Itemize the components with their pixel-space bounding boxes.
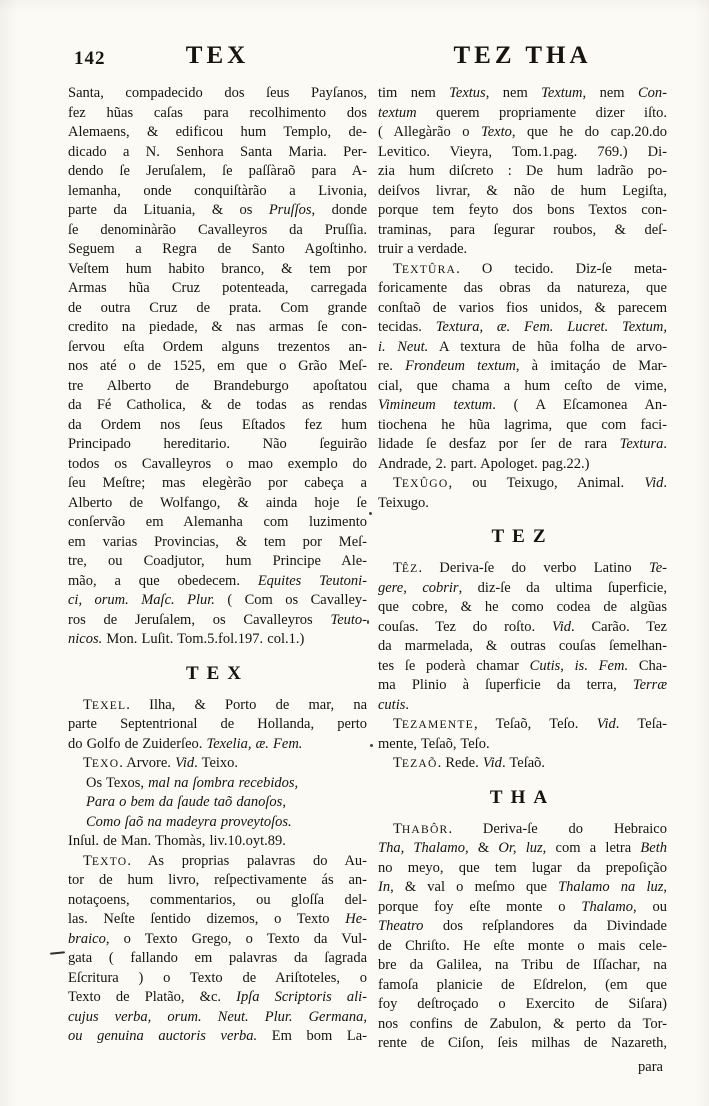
body-text: Inſul. de Man. Thomàs, liv.10.oyt.89. [68, 833, 286, 849]
italic-text: Ipſa Scriptoris ali- [236, 989, 367, 1005]
italic-text: Textura [620, 436, 664, 452]
body-text: em varias Provincias, & tem por Meſ- [68, 534, 367, 550]
text-line: tes ſe poderà chamar Cutis, is. Fem. Cha… [378, 657, 667, 677]
body-text: , que he do cap.20.do [512, 124, 667, 140]
body-text: T [393, 716, 402, 732]
body-text: Cha- [628, 658, 667, 674]
text-line: ma Plinio à ſuperficie da terra, Terræ [378, 676, 667, 696]
ink-speck [369, 512, 372, 515]
section-heading: THA [378, 786, 667, 809]
italic-text: Como ſaõ na madeyra proveytoſos. [86, 814, 292, 830]
italic-text: ci, orum. Maſc. Plur. [68, 592, 215, 608]
italic-text: Beth [640, 840, 667, 856]
body-text: Em bom La- [257, 1028, 367, 1044]
running-head-right: TEZ THA [378, 42, 667, 70]
body-text: couſas. Tez do roſto. [378, 619, 552, 635]
body-text: las. Neſte ſentido dizemos, o Texto [68, 911, 345, 927]
text-line: Inſul. de Man. Thomàs, liv.10.oyt.89. [68, 832, 367, 852]
body-text: , [403, 580, 422, 596]
italic-text: Vid [644, 475, 663, 491]
text-line: parte da Lituania, & os Pruſſos, donde [68, 201, 367, 221]
text-line: foy deſtroçado o Exercito de Siſara) [378, 995, 667, 1015]
body-text: T [393, 475, 402, 491]
body-text: T [83, 755, 92, 771]
body-text: tes ſe poderà chamar [378, 658, 530, 674]
paragraph: TEXO. Arvore. Vid. Teixo. [68, 754, 367, 774]
italic-text: cujus verba, orum. Neut. Plur. Germana, [68, 1009, 367, 1025]
paragraph: THABÔR. Deriva-ſe do HebraicoTha, Thalam… [378, 820, 667, 1054]
body-text: do Golfo de Zuiderſeo. [68, 736, 207, 752]
body-text: Andrade, 2. part. Apologet. pag.22.) [378, 456, 589, 472]
body-text: de outra Cruz de prata. Com grande [68, 300, 367, 316]
body-text: T [83, 853, 92, 869]
body-text: Armas hũa Cruz potenteada, carregada [68, 280, 367, 296]
body-text: tim nem [378, 85, 449, 101]
body-text: ma Plinio à ſuperficie da terra, [378, 677, 633, 693]
body-text: . Teixo. [194, 755, 238, 771]
body-text: T [393, 261, 402, 277]
body-text: A textura de hũa folha de arvo- [428, 339, 667, 355]
headword-smallcaps: ÊZ [402, 562, 419, 575]
italic-text: Equites Teutoni- [258, 573, 367, 589]
italic-text: Vid [597, 716, 616, 732]
body-text: notaçoens, commentarios, ou gloſſa del- [68, 892, 367, 908]
text-line: mente, Teſaõ, Teſo. [378, 735, 667, 755]
body-text: TEZ [491, 526, 553, 547]
text-line: porque tem feyto dos bons Textos con- [378, 201, 667, 221]
text-line: textum querem propriamente dizer iſto. [378, 104, 667, 124]
body-text: lemanha, onde conquiſtàrão a Livonia, [68, 183, 367, 199]
right-column: tim nem Textus, nem Textum, nem Con-text… [378, 84, 667, 1077]
text-line: fez hũas caſas para recolhimento dos [68, 104, 367, 124]
italic-text: Pruſſos [269, 202, 312, 218]
text-line: TEXTÛRA. O tecido. Diz-ſe meta- [378, 260, 667, 280]
body-text: dos reſplandores da Divindade [423, 918, 667, 934]
text-line: cutis. [378, 696, 667, 716]
text-line: dicado a N. Senhora Santa Maria. Per- [68, 143, 367, 163]
body-text: Texto de Platão, &c. [68, 989, 236, 1005]
body-text: , [663, 879, 667, 895]
text-line: truir a verdade. [378, 240, 667, 260]
text-line: TEXÛGO, ou Teixugo, Animal. Vid. [378, 474, 667, 494]
body-text: todos os Cavalleyros o mao exemplo do [68, 456, 367, 472]
italic-text: Thalamo [581, 899, 633, 915]
body-text: famoſa planicie de Eſdrelon, (em que [378, 977, 667, 993]
text-line: parte Septentrional de Hollanda, perto [68, 715, 367, 735]
text-line: do Golfo de Zuiderſeo. Texelia, æ. Fem. [68, 735, 367, 755]
italic-text: Con- [638, 85, 667, 101]
text-line: Os Texos, mal na ſombra recebidos, [68, 774, 367, 794]
headword-smallcaps: EXTÛRA [402, 263, 456, 276]
body-text: re. [378, 358, 405, 374]
body-text: . [405, 697, 409, 713]
text-line: lidade ſe desfaz por ſer de rara Textura… [378, 435, 667, 455]
paragraph: TÊZ. Deriva-ſe do verbo Latino Te-gere, … [378, 559, 667, 715]
text-line: Santa, compadecido dos ſeus Payſanos, [68, 84, 367, 104]
body-text: Teixugo. [378, 495, 429, 511]
text-line: TEZAÕ. Rede. Vid. Teſaõ. [378, 754, 667, 774]
text-line: tor de hum livro, reſpectivamente ás an- [68, 871, 367, 891]
body-text: mente, Teſaõ, Teſo. [378, 736, 490, 752]
italic-text: gere [378, 580, 403, 596]
text-line: notaçoens, commentarios, ou gloſſa del- [68, 891, 367, 911]
heading-text: THA [378, 786, 667, 809]
text-line: re. Frondeum textum, à imitaçáo de Mar- [378, 357, 667, 377]
body-text: parte da Lituania, & os [68, 202, 269, 218]
body-text: lidade ſe desfaz por ſer de rara [378, 436, 620, 452]
body-text: , ou Teixugo, Animal. [448, 475, 644, 491]
italic-text: braico [68, 931, 106, 947]
body-text: Seguem a Regra de Santo Agoſtinho. [68, 241, 367, 257]
body-text: ſe denominàrão Cavalleyros da Pruſſia. [68, 222, 367, 238]
body-text: truir a verdade. [378, 241, 467, 257]
text-line: traminas, para ſegurar roubos, & deſ- [378, 221, 667, 241]
text-line: Alberto de Wolfango, & ainda hoje ſe [68, 494, 367, 514]
text-line: porque foy eſte monte o Thalamo, ou [378, 898, 667, 918]
body-text: , ou [633, 899, 667, 915]
text-line: mão, a que obedecem. Equites Teutoni- [68, 572, 367, 592]
body-text: Alemaens, & edificou hum Templo, de- [68, 124, 367, 140]
body-text: . Ilha, & Porto de mar, na [126, 697, 367, 713]
text-line: no meyo, que tem lugar da prepoſição [378, 859, 667, 879]
paragraph: TEXEL. Ilha, & Porto de mar, naparte Sep… [68, 696, 367, 755]
italic-text: Cutis, is. Fem. [530, 658, 628, 674]
paragraph: Inſul. de Man. Thomàs, liv.10.oyt.89. [68, 832, 367, 852]
text-line: gere, cobrir, diz-ſe da ultima ſuperfici… [378, 579, 667, 599]
body-text: tiochena he hũa lagrima, que com faci- [378, 417, 667, 433]
verse-quote: Os Texos, mal na ſombra recebidos,Para o… [68, 774, 367, 833]
italic-text: cobrir [422, 580, 458, 596]
text-line: ſeu Meſtre; mas elegèrão por cabeça a [68, 474, 367, 494]
ink-speck [370, 744, 373, 747]
text-line: cujus verba, orum. Neut. Plur. Germana, [68, 1008, 367, 1028]
body-text: . Deriva-ſe do Hebraico [448, 821, 667, 837]
body-text: no meyo, que tem lugar da prepoſição [378, 860, 667, 876]
text-line: TEXEL. Ilha, & Porto de mar, na [68, 696, 367, 716]
paragraph: tim nem Textus, nem Textum, nem Con-text… [378, 84, 667, 260]
text-line: de outra Cruz de prata. Com grande [68, 299, 367, 319]
text-line: Armas hũa Cruz potenteada, carregada [68, 279, 367, 299]
body-text: , & val o meſmo que [390, 879, 558, 895]
body-text: . Deriva-ſe do verbo Latino [418, 560, 649, 576]
body-text: , à imitaçáo de Mar- [516, 358, 667, 374]
body-text: cial, que chama a hum ceſto de vime, [378, 378, 667, 394]
body-text: com a letra [546, 840, 640, 856]
italic-text: Textus [449, 85, 486, 101]
body-text: zia hum diſcreto : De hum ladrão po- [378, 163, 667, 179]
body-text: , Teſaõ, Teſo. [474, 716, 597, 732]
text-line: que cobre, & he como codea de algũas [378, 598, 667, 618]
text-line: THABÔR. Deriva-ſe do Hebraico [378, 820, 667, 840]
text-line: nos até o de 1525, em que o Grão Meſ- [68, 357, 367, 377]
text-line: Eſcritura ) o Texto de Ariſtoteles, o [68, 969, 367, 989]
text-line: Tha, Thalamo, & Or, luz, com a letra Bet… [378, 839, 667, 859]
body-text: Principado hereditario. Não ſeguirão [68, 436, 367, 452]
text-line: tre, ou Coadjutor, hum Principe Ale- [68, 552, 367, 572]
italic-text: Texelia, æ. Fem. [207, 736, 303, 752]
text-line: gata ( fallando em palavras da ſagrada [68, 949, 367, 969]
catchword: para [378, 1058, 667, 1078]
italic-text: Textum [541, 85, 582, 101]
body-text: , nem [486, 85, 541, 101]
body-text: T [393, 560, 402, 576]
body-text: TEX [186, 663, 249, 684]
text-line: Andrade, 2. part. Apologet. pag.22.) [378, 455, 667, 475]
body-text: . [663, 475, 667, 491]
italic-text: Frondeum textum [405, 358, 516, 374]
italic-text: i. Neut. [378, 339, 428, 355]
text-line: foricamente das obras da natureza, que [378, 279, 667, 299]
text-line: ſervou eſta Ordem alguns trezentos an- [68, 338, 367, 358]
body-text: ſervou eſta Ordem alguns trezentos an- [68, 339, 367, 355]
heading-text: TEX [68, 662, 367, 685]
italic-text: Or, luz, [498, 840, 546, 856]
paragraph: TEZAMENTE, Teſaõ, Teſo. Vid. Teſa-mente,… [378, 715, 667, 754]
italic-text: Vid [175, 755, 194, 771]
left-column: Santa, compadecido dos ſeus Payſanos,fez… [68, 84, 367, 1047]
paragraph: TEXÛGO, ou Teixugo, Animal. Vid.Teixugo. [378, 474, 667, 513]
text-line: Teixugo. [378, 494, 667, 514]
text-line: credito na piedade, & nas armas ſe con- [68, 318, 367, 338]
body-text: ros de Jeruſalem, os Cavalleyros [68, 612, 330, 628]
headword-smallcaps: EXO [92, 757, 119, 770]
text-line: deiſvos livrar, & não de hum Legiſta, [378, 182, 667, 202]
body-text: T [393, 821, 402, 837]
text-line: Como ſaõ na madeyra proveytoſos. [68, 813, 367, 833]
text-line: tecidas. Textura, æ. Fem. Lucret. Textum… [378, 318, 667, 338]
body-text: . ( A Eſcamonea An- [492, 397, 667, 413]
paragraph: TEZAÕ. Rede. Vid. Teſaõ. [378, 754, 667, 774]
body-text: de Chriſto. He eſte monte o mais cele- [378, 938, 667, 954]
body-text: Levitico. Vieyra, Tom.1.pag. 769.) Di- [378, 144, 667, 160]
body-text: Alberto de Wolfango, & ainda hoje ſe [68, 495, 367, 511]
body-text: gata ( fallando em palavras da ſagrada [68, 950, 367, 966]
text-line: da Fé Catholica, & de todas as rendas [68, 396, 367, 416]
headword-smallcaps: EZAMENTE [402, 718, 474, 731]
body-text: tre Alberto de Brandeburgo apoſtatou [68, 378, 367, 394]
body-text: Santa, compadecido dos ſeus Payſanos, [68, 85, 367, 101]
text-line: dendo ſe Jeruſalem, ſe paſſàraõ para A- [68, 162, 367, 182]
body-text: querem propriamente dizer iſto. [417, 105, 667, 121]
text-line: rente de Ciſon, ſeis milhas de Nazareth, [378, 1034, 667, 1054]
heading-text: TEZ [378, 525, 667, 548]
body-text: traminas, para ſegurar roubos, & deſ- [378, 222, 667, 238]
text-line: TÊZ. Deriva-ſe do verbo Latino Te- [378, 559, 667, 579]
text-line: nicos. Mon. Luſit. Tom.5.fol.197. col.1.… [68, 630, 367, 650]
body-text: & [469, 840, 499, 856]
body-text: parte Septentrional de Hollanda, perto [68, 716, 367, 732]
italic-text: He- [345, 911, 367, 927]
body-text: tre, ou Coadjutor, hum Principe Ale- [68, 553, 367, 569]
body-text: , nem [583, 85, 638, 101]
body-text: . Carão. Tez [571, 619, 667, 635]
body-text: . As proprias palavras do Au- [127, 853, 367, 869]
text-line: ci, orum. Maſc. Plur. ( Com os Cavalley- [68, 591, 367, 611]
italic-text: Vimineum textum [378, 397, 492, 413]
headword-smallcaps: EXÛGO [402, 477, 449, 490]
text-line: Texto de Platão, &c. Ipſa Scriptoris ali… [68, 988, 367, 1008]
italic-text: Thalamo na luz [558, 879, 663, 895]
body-text: , o Texto Grego, o Texto da Vul- [106, 931, 367, 947]
body-text: foricamente das obras da natureza, que [378, 280, 667, 296]
text-line: TEZAMENTE, Teſaõ, Teſo. Vid. Teſa- [378, 715, 667, 735]
body-text: da marmelada, & outras couſas ſemelhan- [378, 638, 667, 654]
body-text: ſeu Meſtre; mas elegèrão por cabeça a [68, 475, 367, 491]
text-line: tre Alberto de Brandeburgo apoſtatou [68, 377, 367, 397]
italic-text: Vid [552, 619, 571, 635]
text-line: Vimineum textum. ( A Eſcamonea An- [378, 396, 667, 416]
text-line: zia hum diſcreto : De hum ladrão po- [378, 162, 667, 182]
body-text: porque foy eſte monte o [378, 899, 581, 915]
body-text: T [393, 755, 402, 771]
headword-smallcaps: EXEL [92, 699, 126, 712]
text-line: ou genuina auctoris verba. Em bom La- [68, 1027, 367, 1047]
italic-text: Terræ [633, 677, 667, 693]
text-line: couſas. Tez do roſto. Vid. Carão. Tez [378, 618, 667, 638]
body-text: . Arvore. [119, 755, 175, 771]
body-text: , diz-ſe da ultima ſuperficie, [459, 580, 667, 596]
text-line: ros de Jeruſalem, os Cavalleyros Teuto- [68, 611, 367, 631]
text-line: ( Allegàrão o Texto, que he do cap.20.do [378, 123, 667, 143]
italic-text: Teuto- [330, 612, 367, 628]
text-line: las. Neſte ſentido dizemos, o Texto He- [68, 910, 367, 930]
text-line: TEXTO. As proprias palavras do Au- [68, 852, 367, 872]
text-line: famoſa planicie de Eſdrelon, (em que [378, 976, 667, 996]
text-line: i. Neut. A textura de hũa folha de arvo- [378, 338, 667, 358]
italic-text: Tha, Thalamo, [378, 840, 469, 856]
body-text: Veſtem hum habito branco, & tem por [68, 261, 367, 277]
italic-text: mal na ſombra recebidos, [148, 775, 298, 791]
body-text: . Teſaõ. [502, 755, 545, 771]
body-text: da Fé Catholica, & de todas as rendas [68, 397, 367, 413]
text-line: Principado hereditario. Não ſeguirão [68, 435, 367, 455]
body-text: Os Texos, [86, 775, 148, 791]
body-text: ( Com os Cavalley- [215, 592, 367, 608]
body-text: T [83, 697, 92, 713]
italic-text: Para o bem da ſaude taõ danoſos, [86, 794, 286, 810]
text-line: TEXO. Arvore. Vid. Teixo. [68, 754, 367, 774]
text-line: tim nem Textus, nem Textum, nem Con- [378, 84, 667, 104]
headword-smallcaps: EZAÕ [402, 757, 438, 770]
body-text: . Teſa- [616, 716, 667, 732]
body-text: . Rede. [438, 755, 483, 771]
body-text: que cobre, & he como codea de algũas [378, 599, 667, 615]
body-text: credito na piedade, & nas armas ſe con- [68, 319, 367, 335]
text-line: da Ordem nos ſeus Eſtados fez hum [68, 416, 367, 436]
text-line: In, & val o meſmo que Thalamo na luz, [378, 878, 667, 898]
text-line: ſe denominàrão Cavalleyros da Pruſſia. [68, 221, 367, 241]
body-text: Mon. Luſit. Tom.5.fol.197. col.1.) [102, 631, 304, 647]
body-text: nos até o de 1525, em que o Grão Meſ- [68, 358, 367, 374]
body-text: mão, a que obedecem. [68, 573, 258, 589]
body-text: da Ordem nos ſeus Eſtados fez hum [68, 417, 367, 433]
text-line: em varias Provincias, & tem por Meſ- [68, 533, 367, 553]
text-line: conſervão em Alemanha com luzimento [68, 513, 367, 533]
body-text: , donde [312, 202, 367, 218]
ink-speck [367, 620, 369, 624]
body-text: bre da Galilea, na Tribu de Iſſachar, na [378, 957, 667, 973]
text-line: Levitico. Vieyra, Tom.1.pag. 769.) Di- [378, 143, 667, 163]
paragraph: TEXTO. As proprias palavras do Au-tor de… [68, 852, 367, 1047]
text-line: nos confins de Zabulon, & perto da Tor- [378, 1015, 667, 1035]
margin-mark [50, 951, 65, 955]
italic-text: In [378, 879, 390, 895]
body-text: conſtaõ de varios fios unidos, & parecem [378, 300, 667, 316]
body-text: ( Allegàrão o [378, 124, 481, 140]
section-heading: TEZ [378, 525, 667, 548]
body-text: THA [490, 787, 555, 808]
text-line: da marmelada, & outras couſas ſemelhan- [378, 637, 667, 657]
italic-text: ou genuina auctoris verba. [68, 1028, 257, 1044]
text-line: Theatro dos reſplandores da Divindade [378, 917, 667, 937]
headword-smallcaps: HABÔR [402, 823, 449, 836]
body-text: rente de Ciſon, ſeis milhas de Nazareth, [378, 1035, 667, 1051]
italic-text: Theatro [378, 918, 423, 934]
paragraph: Santa, compadecido dos ſeus Payſanos,fez… [68, 84, 367, 650]
body-text: porque tem feyto dos bons Textos con- [378, 202, 667, 218]
italic-text: Te- [649, 560, 667, 576]
body-text: nos confins de Zabulon, & perto da Tor- [378, 1016, 667, 1032]
italic-text: cutis [378, 697, 405, 713]
body-text: tor de hum livro, reſpectivamente ás an- [68, 872, 367, 888]
text-line: Seguem a Regra de Santo Agoſtinho. [68, 240, 367, 260]
running-head-left: TEX [68, 42, 367, 70]
book-page: { "page": { "number": "142", "running_he… [0, 0, 709, 1106]
italic-text: textum [378, 105, 417, 121]
text-line: tiochena he hũa lagrima, que com faci- [378, 416, 667, 436]
text-line: Para o bem da ſaude taõ danoſos, [68, 793, 367, 813]
body-text: . O tecido. Diz-ſe meta- [456, 261, 667, 277]
text-line: todos os Cavalleyros o mao exemplo do [68, 455, 367, 475]
text-line: Alemaens, & edificou hum Templo, de- [68, 123, 367, 143]
text-line: Veſtem hum habito branco, & tem por [68, 260, 367, 280]
body-text: dicado a N. Senhora Santa Maria. Per- [68, 144, 367, 160]
text-line: cial, que chama a hum ceſto de vime, [378, 377, 667, 397]
text-line: braico, o Texto Grego, o Texto da Vul- [68, 930, 367, 950]
body-text: conſervão em Alemanha com luzimento [68, 514, 367, 530]
text-line: lemanha, onde conquiſtàrão a Livonia, [68, 182, 367, 202]
body-text: foy deſtroçado o Exercito de Siſara) [378, 996, 667, 1012]
italic-text: Texto [481, 124, 512, 140]
body-text: dendo ſe Jeruſalem, ſe paſſàraõ para A- [68, 163, 367, 179]
body-text: tecidas. [378, 319, 436, 335]
headword-smallcaps: EXTO [92, 855, 128, 868]
text-line: de Chriſto. He eſte monte o mais cele- [378, 937, 667, 957]
italic-text: Textura, æ. Fem. Lucret. Textum, [436, 319, 667, 335]
italic-text: nicos. [68, 631, 102, 647]
text-line: bre da Galilea, na Tribu de Iſſachar, na [378, 956, 667, 976]
text-line: conſtaõ de varios fios unidos, & parecem [378, 299, 667, 319]
body-text: deiſvos livrar, & não de hum Legiſta, [378, 183, 667, 199]
section-heading: TEX [68, 662, 367, 685]
body-text: . [663, 436, 667, 452]
body-text: fez hũas caſas para recolhimento dos [68, 105, 367, 121]
paragraph: TEXTÛRA. O tecido. Diz-ſe meta-foricamen… [378, 260, 667, 475]
body-text: Eſcritura ) o Texto de Ariſtoteles, o [68, 970, 367, 986]
italic-text: Vid [483, 755, 502, 771]
